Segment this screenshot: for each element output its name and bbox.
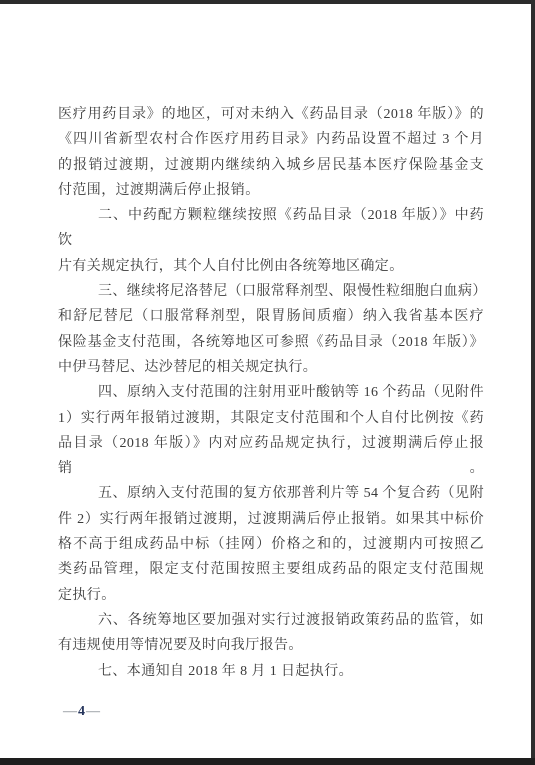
text-line: 片有关规定执行，其个人自付比例由各统筹地区确定。 (58, 254, 484, 279)
text-line: 七、本通知自 2018 年 8 月 1 日起执行。 (58, 659, 484, 684)
text-line: 定执行。 (58, 583, 484, 608)
text-line: 的报销过渡期，过渡期内继续纳入城乡居民基本医疗保险基金支 (58, 153, 484, 178)
page-number-value: 4 (77, 704, 86, 719)
scan-edge-right (531, 0, 535, 765)
text-line: 中伊马替尼、达沙替尼的相关规定执行。 (58, 355, 484, 380)
text-line: 件 2）实行两年报销过渡期，过渡期满后停止报销。如果其中标价 (58, 507, 484, 532)
text-line: 五、原纳入支付范围的复方依那普利片等 54 个复合药（见附 (58, 481, 484, 506)
scan-edge-top (0, 0, 535, 4)
text-line: 品目录（2018 年版）》内对应药品规定执行，过渡期满后停止报销。 (58, 431, 484, 482)
text-line: 四、原纳入支付范围的注射用亚叶酸钠等 16 个药品（见附件 (58, 380, 484, 405)
text-line: 类药品管理，限定支付范围按照主要组成药品的限定支付范围规 (58, 557, 484, 582)
text-line: 1）实行两年报销过渡期，其限定支付范围和个人自付比例按《药 (58, 406, 484, 431)
text-line: 六、各统筹地区要加强对实行过渡报销政策药品的监管，如 (58, 608, 484, 633)
page-number: —4— (63, 704, 100, 720)
document-body: 医疗用药目录》的地区，可对未纳入《药品目录（2018 年版）》的《四川省新型农村… (58, 102, 484, 684)
text-line: 医疗用药目录》的地区，可对未纳入《药品目录（2018 年版）》的 (58, 102, 484, 127)
text-line: 二、中药配方颗粒继续按照《药品目录（2018 年版）》中药饮 (58, 203, 484, 254)
text-line: 付范围，过渡期满后停止报销。 (58, 178, 484, 203)
text-line: 三、继续将尼洛替尼（口服常释剂型、限慢性粒细胞白血病） (58, 279, 484, 304)
text-line: 《四川省新型农村合作医疗用药目录》内药品设置不超过 3 个月 (58, 127, 484, 152)
text-line: 格不高于组成药品中标（挂网）价格之和的，过渡期内可按照乙 (58, 532, 484, 557)
scanned-document-page: 医疗用药目录》的地区，可对未纳入《药品目录（2018 年版）》的《四川省新型农村… (0, 0, 535, 765)
page-number-dash-right: — (86, 704, 100, 719)
text-line: 保险基金支付范围，各统筹地区可参照《药品目录（2018 年版）》 (58, 330, 484, 355)
text-line: 有违规使用等情况要及时向我厅报告。 (58, 633, 484, 658)
text-line: 和舒尼替尼（口服常释剂型，限胃肠间质瘤）纳入我省基本医疗 (58, 304, 484, 329)
scan-edge-bottom (0, 758, 535, 765)
page-number-dash-left: — (63, 704, 77, 719)
